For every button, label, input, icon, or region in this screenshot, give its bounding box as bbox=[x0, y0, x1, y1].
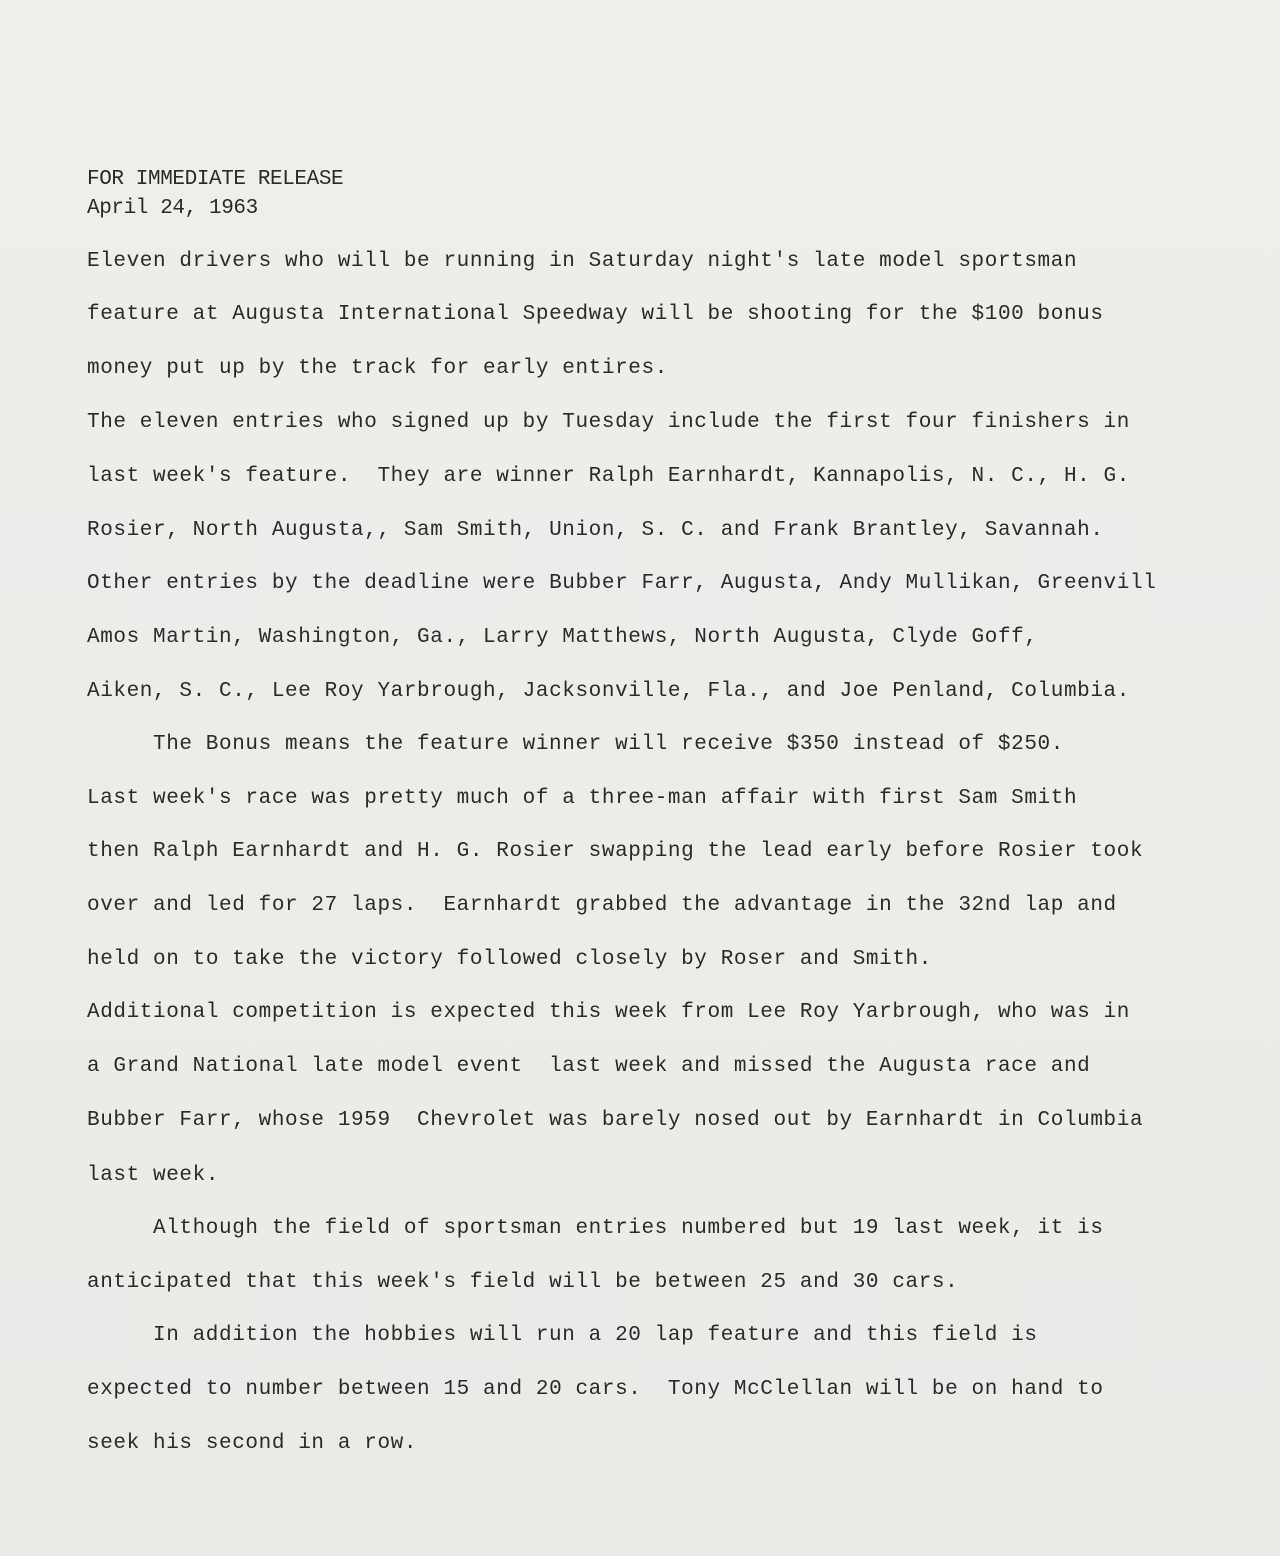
text-line: anticipated that this week's field will … bbox=[87, 1270, 958, 1296]
text-line: Amos Martin, Washington, Ga., Larry Matt… bbox=[87, 625, 1038, 651]
document-page: FOR IMMEDIATE RELEASE April 24, 1963 Ele… bbox=[0, 0, 1280, 1556]
text-line: The Bonus means the feature winner will … bbox=[153, 732, 1064, 758]
text-line: Bubber Farr, whose 1959 Chevrolet was ba… bbox=[87, 1108, 1143, 1134]
text-line: held on to take the victory followed clo… bbox=[87, 947, 932, 973]
text-line: last week's feature. They are winner Ral… bbox=[87, 464, 1130, 490]
release-date: April 24, 1963 bbox=[87, 197, 258, 221]
text-line: over and led for 27 laps. Earnhardt grab… bbox=[87, 893, 1117, 919]
text-line: Eleven drivers who will be running in Sa… bbox=[87, 249, 1077, 275]
text-line: Although the field of sportsman entries … bbox=[153, 1216, 1104, 1242]
text-line: feature at Augusta International Speedwa… bbox=[87, 302, 1104, 328]
text-line: a Grand National late model event last w… bbox=[87, 1054, 1090, 1080]
text-line: money put up by the track for early enti… bbox=[87, 356, 668, 382]
text-line: expected to number between 15 and 20 car… bbox=[87, 1377, 1104, 1403]
text-line: Other entries by the deadline were Bubbe… bbox=[87, 571, 1156, 597]
text-line: Last week's race was pretty much of a th… bbox=[87, 786, 1077, 812]
text-line: seek his second in a row. bbox=[87, 1431, 417, 1457]
text-line: In addition the hobbies will run a 20 la… bbox=[153, 1323, 1038, 1349]
text-line: The eleven entries who signed up by Tues… bbox=[87, 410, 1130, 436]
text-line: Additional competition is expected this … bbox=[87, 1000, 1130, 1026]
text-line: Aiken, S. C., Lee Roy Yarbrough, Jackson… bbox=[87, 679, 1130, 705]
text-line: last week. bbox=[87, 1163, 219, 1189]
release-label: FOR IMMEDIATE RELEASE bbox=[87, 168, 343, 192]
text-line: Rosier, North Augusta,, Sam Smith, Union… bbox=[87, 518, 1104, 544]
text-line: then Ralph Earnhardt and H. G. Rosier sw… bbox=[87, 839, 1143, 865]
